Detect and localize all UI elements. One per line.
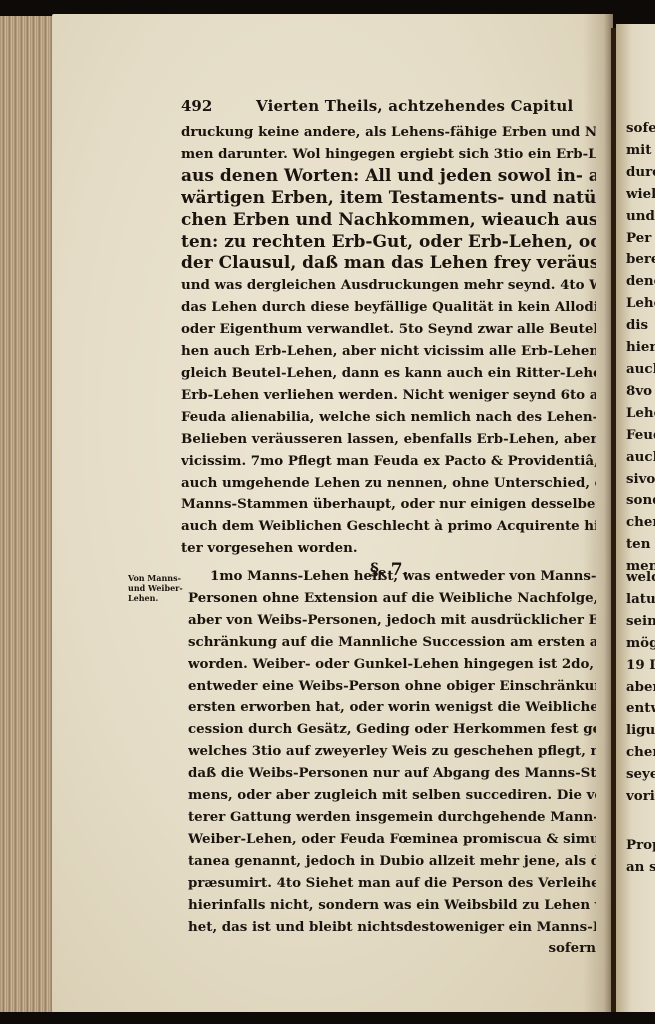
text-line: daß die Weibs-Personen nur auf Abgang de…: [188, 763, 596, 785]
text-line: chen Erben und Nachkommen, wieauch aus d…: [181, 210, 596, 232]
text-line: præsumirt. 4to Siehet man auf die Person…: [188, 873, 596, 895]
fragment-line: chen: [626, 742, 655, 764]
fragment-line: vorig: [626, 786, 655, 808]
fragment-line: auch: [626, 359, 655, 381]
right-page-fragment-bottom: Prop an sic: [626, 835, 655, 879]
fragment-line: Lehe: [626, 403, 655, 425]
right-page-fragment-middle: welch latur seinig möge 19 D aber entw l…: [626, 567, 655, 808]
fragment-line: mit: [626, 140, 655, 162]
book-page-edges: [0, 16, 52, 1016]
fragment-line: 8vo: [626, 381, 655, 403]
fragment-line: welch: [626, 567, 655, 589]
text-line: und was dergleichen Ausdruckungen mehr s…: [181, 275, 596, 297]
text-line: Erb-Lehen verliehen werden. Nicht wenige…: [181, 385, 596, 407]
text-line: entweder eine Weibs-Person ohne obiger E…: [188, 676, 596, 698]
page-number: 492: [181, 97, 212, 115]
text-line: hen auch Erb-Lehen, aber nicht vicissim …: [181, 341, 596, 363]
fragment-line: sond: [626, 490, 655, 512]
fragment-line: bere: [626, 249, 655, 271]
text-line: Weiber-Lehen, oder Feuda Fœminea promisc…: [188, 829, 596, 851]
text-line: aus denen Worten: All und jeden sowol in…: [181, 166, 596, 188]
text-line: Belieben veräusseren lassen, ebenfalls E…: [181, 429, 596, 451]
text-line: auch dem Weiblichen Geschlecht à primo A…: [181, 516, 596, 538]
text-line: cession durch Gesätz, Geding oder Herkom…: [188, 719, 596, 741]
fragment-line: durc: [626, 162, 655, 184]
running-head: Vierten Theils, achtzehendes Capitul: [256, 97, 573, 115]
text-line: tanea genannt, jedoch in Dubio allzeit m…: [188, 851, 596, 873]
fragment-line: seinig: [626, 611, 655, 633]
catchword: sofern: [188, 938, 596, 960]
text-line: auch umgehende Lehen zu nennen, ohne Unt…: [181, 473, 596, 495]
text-line: ten: zu rechten Erb-Gut, oder Erb-Lehen,…: [181, 232, 596, 254]
fragment-line: ligun: [626, 720, 655, 742]
fragment-line: Prop: [626, 835, 655, 857]
text-line: terer Gattung werden insgemein durchgehe…: [188, 807, 596, 829]
text-line: Manns-Stammen überhaupt, oder nur einige…: [181, 494, 596, 516]
fragment-line: Per: [626, 228, 655, 250]
fragment-line: chen: [626, 512, 655, 534]
text-line: welches 3tio auf zweyerley Weis zu gesch…: [188, 741, 596, 763]
right-page-fragment-top: sofer mit durc wiel und Per bere dene Le…: [626, 118, 655, 578]
fragment-line: aber: [626, 677, 655, 699]
text-line: druckung keine andere, als Lehens-fähige…: [181, 122, 596, 144]
fragment-line: möge: [626, 633, 655, 655]
paragraph-1: druckung keine andere, als Lehens-fähige…: [181, 122, 596, 560]
text-line: ter vorgesehen worden.: [181, 538, 596, 560]
text-line: Personen ohne Extension auf die Weiblich…: [188, 588, 596, 610]
text-line: worden. Weiber- oder Gunkel-Lehen hingeg…: [188, 654, 596, 676]
text-line: vicissim. 7mo Pflegt man Feuda ex Pacto …: [181, 451, 596, 473]
fragment-line: entw: [626, 698, 655, 720]
text-line: hierinfalls nicht, sondern was ein Weibs…: [188, 895, 596, 917]
text-line: ersten erworben hat, oder worin wenigst …: [188, 697, 596, 719]
text-line: Feuda alienabilia, welche sich nemlich n…: [181, 407, 596, 429]
fragment-line: auch: [626, 447, 655, 469]
fragment-line: dene: [626, 271, 655, 293]
text-line: das Lehen durch diese beyfällige Qualitä…: [181, 297, 596, 319]
page-header: 492 Vierten Theils, achtzehendes Capitul: [181, 97, 591, 119]
text-line: der Clausul, daß man das Lehen frey verä…: [181, 253, 596, 275]
fragment-line: sofer: [626, 118, 655, 140]
fragment-line: Lehe: [626, 293, 655, 315]
fragment-line: wiel: [626, 184, 655, 206]
text-line: 1mo Manns-Lehen heißt, was entweder von …: [188, 566, 596, 588]
fragment-line: hieri: [626, 337, 655, 359]
fragment-line: an sic: [626, 857, 655, 879]
fragment-line: seye: [626, 764, 655, 786]
fragment-line: dis: [626, 315, 655, 337]
text-line: schränkung auf die Mannliche Succession …: [188, 632, 596, 654]
fragment-line: 19 D: [626, 655, 655, 677]
fragment-line: sivo: [626, 469, 655, 491]
text-line: het, das ist und bleibt nichtsdestowenig…: [188, 917, 596, 939]
fragment-line: ten: [626, 534, 655, 556]
margin-note: Von Manns- und Weiber-Lehen.: [128, 573, 186, 603]
fragment-line: und: [626, 206, 655, 228]
fragment-line: Feud: [626, 425, 655, 447]
paragraph-2: 1mo Manns-Lehen heißt, was entweder von …: [188, 566, 596, 960]
text-line: wärtigen Erben, item Testaments- und nat…: [181, 188, 596, 210]
text-line: gleich Beutel-Lehen, dann es kann auch e…: [181, 363, 596, 385]
text-line: men darunter. Wol hingegen ergiebt sich …: [181, 144, 596, 166]
text-line: aber von Weibs-Personen, jedoch mit ausd…: [188, 610, 596, 632]
fragment-line: latur: [626, 589, 655, 611]
text-line: oder Eigenthum verwandlet. 5to Seynd zwa…: [181, 319, 596, 341]
text-line: mens, oder aber zugleich mit selben succ…: [188, 785, 596, 807]
bottom-shadow: [0, 1012, 655, 1024]
